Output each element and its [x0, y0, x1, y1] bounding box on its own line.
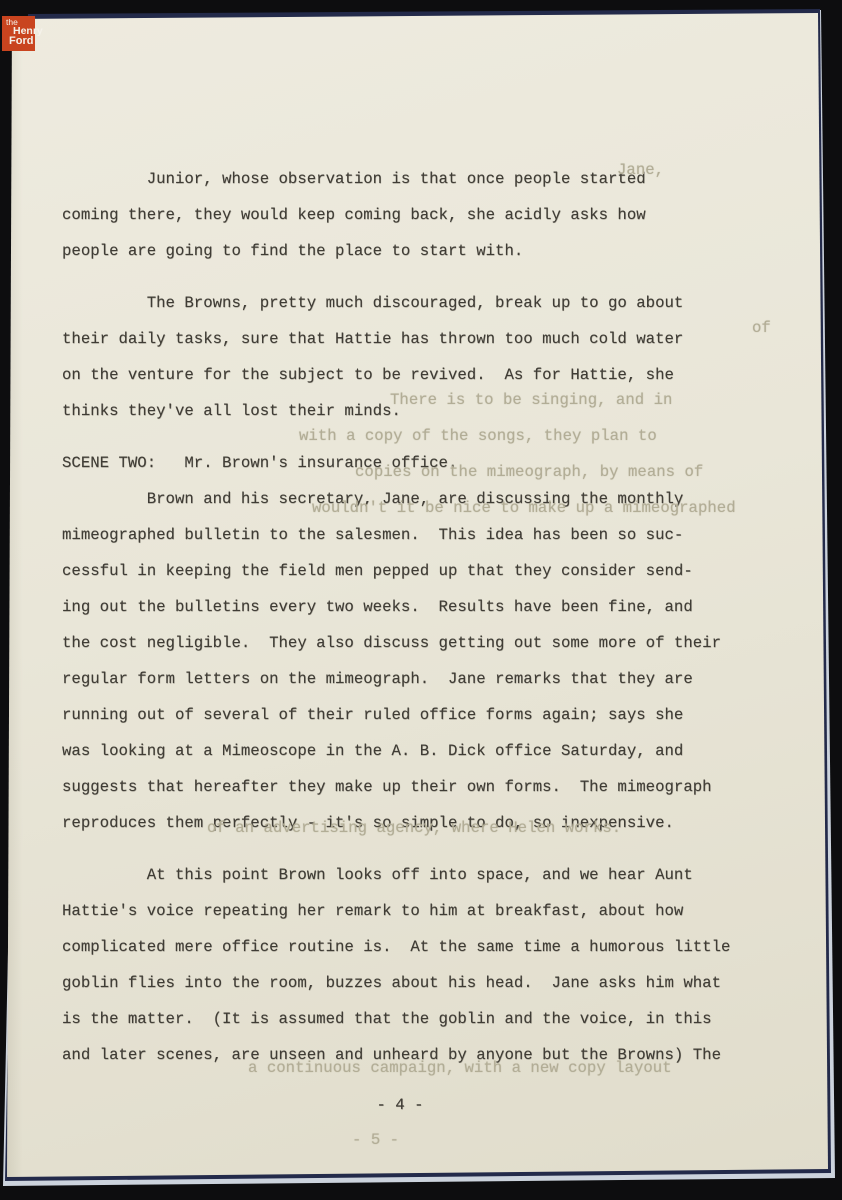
logo-ford-label: Ford	[9, 36, 35, 47]
typewritten-line: on the venture for the subject to be rev…	[62, 357, 782, 393]
document-page: Junior, whose observation is that once p…	[0, 0, 842, 1200]
typewritten-line: The Browns, pretty much discouraged, bre…	[62, 285, 782, 321]
bleed-through-text: - 5 -	[352, 1130, 399, 1150]
typewritten-line: coming there, they would keep coming bac…	[62, 197, 782, 233]
bleed-through-text: wouldn't it be nice to make up a mimeogr…	[312, 498, 736, 518]
typewritten-line: mimeographed bulletin to the salesmen. T…	[62, 517, 782, 553]
henry-ford-logo: the Henry Ford	[2, 16, 35, 51]
typewritten-text: Junior, whose observation is that once p…	[62, 161, 782, 1073]
typewritten-line: At this point Brown looks off into space…	[62, 857, 782, 893]
typewritten-line: people are going to find the place to st…	[62, 233, 782, 269]
bleed-through-text: a continuous campaign, with a new copy l…	[248, 1058, 672, 1078]
bleed-through-text: of	[752, 318, 771, 338]
typewritten-line: was looking at a Mimeoscope in the A. B.…	[62, 733, 782, 769]
bleed-through-text: There is to be singing, and in	[390, 390, 672, 410]
typewritten-line: Hattie's voice repeating her remark to h…	[62, 893, 782, 929]
typewritten-line: complicated mere office routine is. At t…	[62, 929, 782, 965]
bleed-through-text: copies on the mimeograph, by means of	[355, 462, 703, 482]
typewritten-line: goblin flies into the room, buzzes about…	[62, 965, 782, 1001]
typewritten-line: their daily tasks, sure that Hattie has …	[62, 321, 782, 357]
typewritten-line: ing out the bulletins every two weeks. R…	[62, 589, 782, 625]
typewritten-line: the cost negligible. They also discuss g…	[62, 625, 782, 661]
typewritten-line: cessful in keeping the field men pepped …	[62, 553, 782, 589]
page-number: - 4 -	[62, 1087, 738, 1123]
bleed-through-text: Jane,	[617, 160, 664, 180]
typewritten-line: is the matter. (It is assumed that the g…	[62, 1001, 782, 1037]
paragraph: Junior, whose observation is that once p…	[62, 161, 782, 269]
typewritten-line: running out of several of their ruled of…	[62, 697, 782, 733]
paragraph: At this point Brown looks off into space…	[62, 857, 782, 1073]
typewritten-line: regular form letters on the mimeograph. …	[62, 661, 782, 697]
typewritten-line: Junior, whose observation is that once p…	[62, 161, 782, 197]
bleed-through-text: with a copy of the songs, they plan to	[299, 426, 657, 446]
bleed-through-text: of an advertising agency, where Helen wo…	[207, 818, 621, 838]
paragraph: Brown and his secretary, Jane, are discu…	[62, 481, 782, 841]
typewritten-line: suggests that hereafter they make up the…	[62, 769, 782, 805]
